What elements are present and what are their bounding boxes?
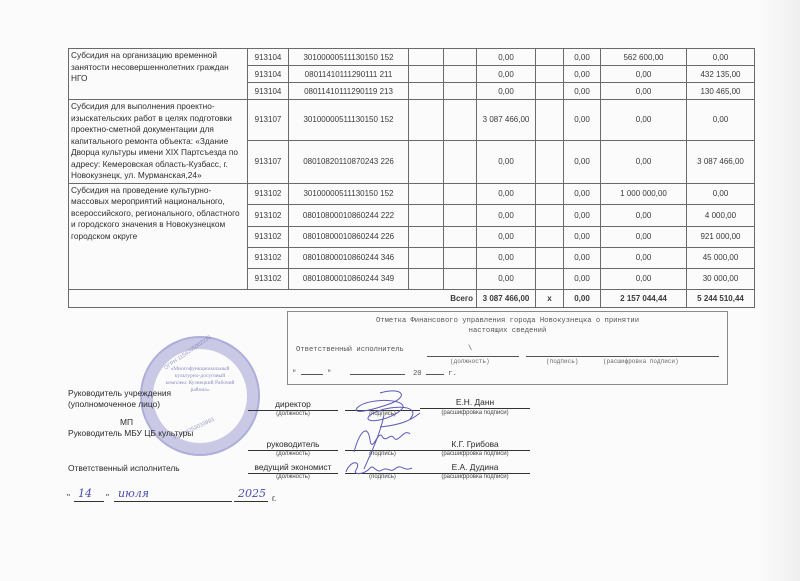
- signature-scribble-head: [350, 420, 430, 460]
- amount-col-2: 0,00: [564, 140, 601, 183]
- date-quote-open: ": [67, 492, 70, 502]
- empty-cell: [409, 100, 444, 141]
- empty-cell: [444, 100, 477, 141]
- position-economist: ведущий экономист: [248, 462, 338, 472]
- date-year-suffix: г.: [272, 493, 276, 503]
- amount-col-4: 45 000,00: [687, 247, 755, 268]
- empty-cell: [409, 83, 444, 100]
- amount-col-3: 0,00: [601, 100, 687, 141]
- cap-position: (должность): [248, 411, 338, 417]
- empty-cell: [409, 204, 444, 226]
- stamp-place-label: МП: [120, 417, 133, 427]
- amount-col-1: 0,00: [477, 247, 536, 268]
- finance-date-day-line: [301, 374, 323, 375]
- amount-col-4: 4 000,00: [687, 204, 755, 226]
- head-label-2: (уполномоченное лицо): [68, 399, 160, 409]
- amount-col-2: 0,00: [564, 100, 601, 141]
- empty-cell: [444, 83, 477, 100]
- subsidy-table: Субсидия на организацию временной занято…: [68, 48, 755, 308]
- empty-cell: [536, 83, 564, 100]
- date-year-line: [234, 501, 268, 502]
- amount-col-4: 432 135,00: [687, 66, 755, 83]
- amount-col-1: 0,00: [477, 140, 536, 183]
- budget-classification-code: 30100000511130150 152: [289, 100, 409, 141]
- empty-cell: [444, 268, 477, 289]
- amount-col-4: 0,00: [687, 49, 755, 66]
- amount-col-1: 0,00: [477, 49, 536, 66]
- empty-cell: [409, 49, 444, 66]
- date-quote-close: ": [106, 492, 109, 502]
- subsidy-description: Субсидия для выполнения проектно-изыскат…: [69, 100, 248, 184]
- amount-col-3: 0,00: [601, 83, 687, 100]
- finance-position-line: [427, 356, 519, 357]
- amount-col-3: 0,00: [601, 247, 687, 268]
- admin-code: 913107: [248, 140, 289, 183]
- amount-col-3: 0,00: [601, 66, 687, 83]
- empty-cell: [444, 204, 477, 226]
- admin-code: 913104: [248, 49, 289, 66]
- total-label: Всего: [69, 289, 477, 307]
- finance-executor-label: Ответственный исполнитель: [296, 346, 404, 354]
- amount-col-2: 0,00: [564, 247, 601, 268]
- empty-cell: [409, 247, 444, 268]
- finance-signature-line: [526, 356, 719, 357]
- empty-cell: [536, 226, 564, 247]
- amount-col-4: 921 000,00: [687, 226, 755, 247]
- budget-classification-code: 30100000511130150 152: [289, 183, 409, 204]
- amount-col-1: 0,00: [477, 83, 536, 100]
- budget-classification-code: 08010800010860244 226: [289, 226, 409, 247]
- total-v3: 2 157 044,44: [601, 289, 687, 307]
- empty-cell: [536, 204, 564, 226]
- table-row: Субсидия для выполнения проектно-изыскат…: [69, 100, 755, 141]
- finance-department-acceptance-box: Отметка Финансового управления города Но…: [287, 311, 728, 385]
- empty-cell: [444, 66, 477, 83]
- empty-cell: [444, 183, 477, 204]
- finance-executor-mark: \: [468, 345, 472, 353]
- empty-cell: [444, 140, 477, 183]
- amount-col-2: 0,00: [564, 204, 601, 226]
- amount-col-4: 130 465,00: [687, 83, 755, 100]
- amount-col-2: 0,00: [564, 268, 601, 289]
- empty-cell: [409, 183, 444, 204]
- signature-scribble-economist: [342, 458, 422, 480]
- amount-col-3: 0,00: [601, 204, 687, 226]
- amount-col-3: 0,00: [601, 226, 687, 247]
- date-day: 14: [78, 487, 92, 500]
- empty-cell: [444, 226, 477, 247]
- finance-box-title: Отметка Финансового управления города Но…: [288, 316, 727, 336]
- admin-code: 913102: [248, 226, 289, 247]
- amount-col-1: 0,00: [477, 268, 536, 289]
- admin-code: 913102: [248, 268, 289, 289]
- empty-cell: [536, 183, 564, 204]
- budget-classification-code: 08010800010860244 346: [289, 247, 409, 268]
- amount-col-1: 0,00: [477, 183, 536, 204]
- finance-cap-position: (должность): [450, 358, 490, 365]
- budget-classification-code: 08010820110870243 226: [289, 140, 409, 183]
- budget-classification-code: 08011410111290119 213: [289, 83, 409, 100]
- date-year: 2025: [238, 487, 266, 500]
- empty-cell: [536, 247, 564, 268]
- cb-head-label: Руководитель МБУ ЦБ культуры: [68, 428, 193, 438]
- empty-cell: [536, 140, 564, 183]
- empty-cell: [536, 100, 564, 141]
- admin-code: 913104: [248, 66, 289, 83]
- position-head: руководитель: [248, 439, 338, 449]
- empty-cell: [444, 49, 477, 66]
- budget-classification-code: 30100000511130150 152: [289, 49, 409, 66]
- amount-col-3: 562 600,00: [601, 49, 687, 66]
- cap-position: (должность): [248, 474, 338, 480]
- amount-col-2: 0,00: [564, 66, 601, 83]
- amount-col-1: 0,00: [477, 226, 536, 247]
- budget-classification-code: 08010800010860244 349: [289, 268, 409, 289]
- amount-col-2: 0,00: [564, 183, 601, 204]
- total-v4: 5 244 510,44: [687, 289, 755, 307]
- empty-cell: [536, 66, 564, 83]
- amount-col-2: 0,00: [564, 49, 601, 66]
- empty-cell: [536, 268, 564, 289]
- total-c3: x: [536, 289, 564, 307]
- finance-cap-signature: (подпись): [546, 358, 578, 365]
- date-month: июля: [118, 487, 149, 500]
- budget-classification-code: 08010800010860244 222: [289, 204, 409, 226]
- table-row: Субсидия на организацию временной занято…: [69, 49, 755, 66]
- budget-classification-code: 08011410111290111 211: [289, 66, 409, 83]
- finance-cap-decoding: (расшифровка подписи): [603, 358, 679, 365]
- date-day-line: [74, 501, 104, 502]
- amount-col-4: 0,00: [687, 183, 755, 204]
- amount-col-1: 3 087 466,00: [477, 100, 536, 141]
- finance-date-year-line: [426, 374, 444, 375]
- amount-col-3: 0,00: [601, 268, 687, 289]
- empty-cell: [409, 268, 444, 289]
- amount-col-2: 0,00: [564, 83, 601, 100]
- executor-label: Ответственный исполнитель: [68, 463, 180, 473]
- total-v2: 0,00: [564, 289, 601, 307]
- empty-cell: [444, 247, 477, 268]
- amount-col-3: 0,00: [601, 140, 687, 183]
- empty-cell: [409, 140, 444, 183]
- subsidy-description: Субсидия на организацию временной занято…: [69, 49, 248, 100]
- amount-col-1: 0,00: [477, 204, 536, 226]
- table-row: Субсидия на проведение культурно-массовы…: [69, 183, 755, 204]
- admin-code: 913104: [248, 83, 289, 100]
- empty-cell: [409, 66, 444, 83]
- empty-cell: [536, 49, 564, 66]
- finance-date-month-line: [350, 374, 405, 375]
- cap-position: (должность): [248, 451, 338, 457]
- amount-col-4: 0,00: [687, 100, 755, 141]
- amount-col-2: 0,00: [564, 226, 601, 247]
- total-v1: 3 087 466,00: [477, 289, 536, 307]
- admin-code: 913107: [248, 100, 289, 141]
- page-edge-shadow: [760, 0, 800, 581]
- amount-col-4: 3 087 466,00: [687, 140, 755, 183]
- empty-cell: [409, 226, 444, 247]
- subsidy-description: Субсидия на проведение культурно-массовы…: [69, 183, 248, 289]
- amount-col-4: 30 000,00: [687, 268, 755, 289]
- total-row: Всего3 087 466,00x0,002 157 044,445 244 …: [69, 289, 755, 307]
- head-label-1: Руководитель учреждения: [68, 388, 171, 398]
- admin-code: 913102: [248, 247, 289, 268]
- amount-col-3: 1 000 000,00: [601, 183, 687, 204]
- date-month-line: [114, 501, 232, 502]
- position-director: директор: [248, 399, 338, 409]
- finance-date-row: " " 20 г.: [292, 370, 457, 378]
- admin-code: 913102: [248, 183, 289, 204]
- admin-code: 913102: [248, 204, 289, 226]
- amount-col-1: 0,00: [477, 66, 536, 83]
